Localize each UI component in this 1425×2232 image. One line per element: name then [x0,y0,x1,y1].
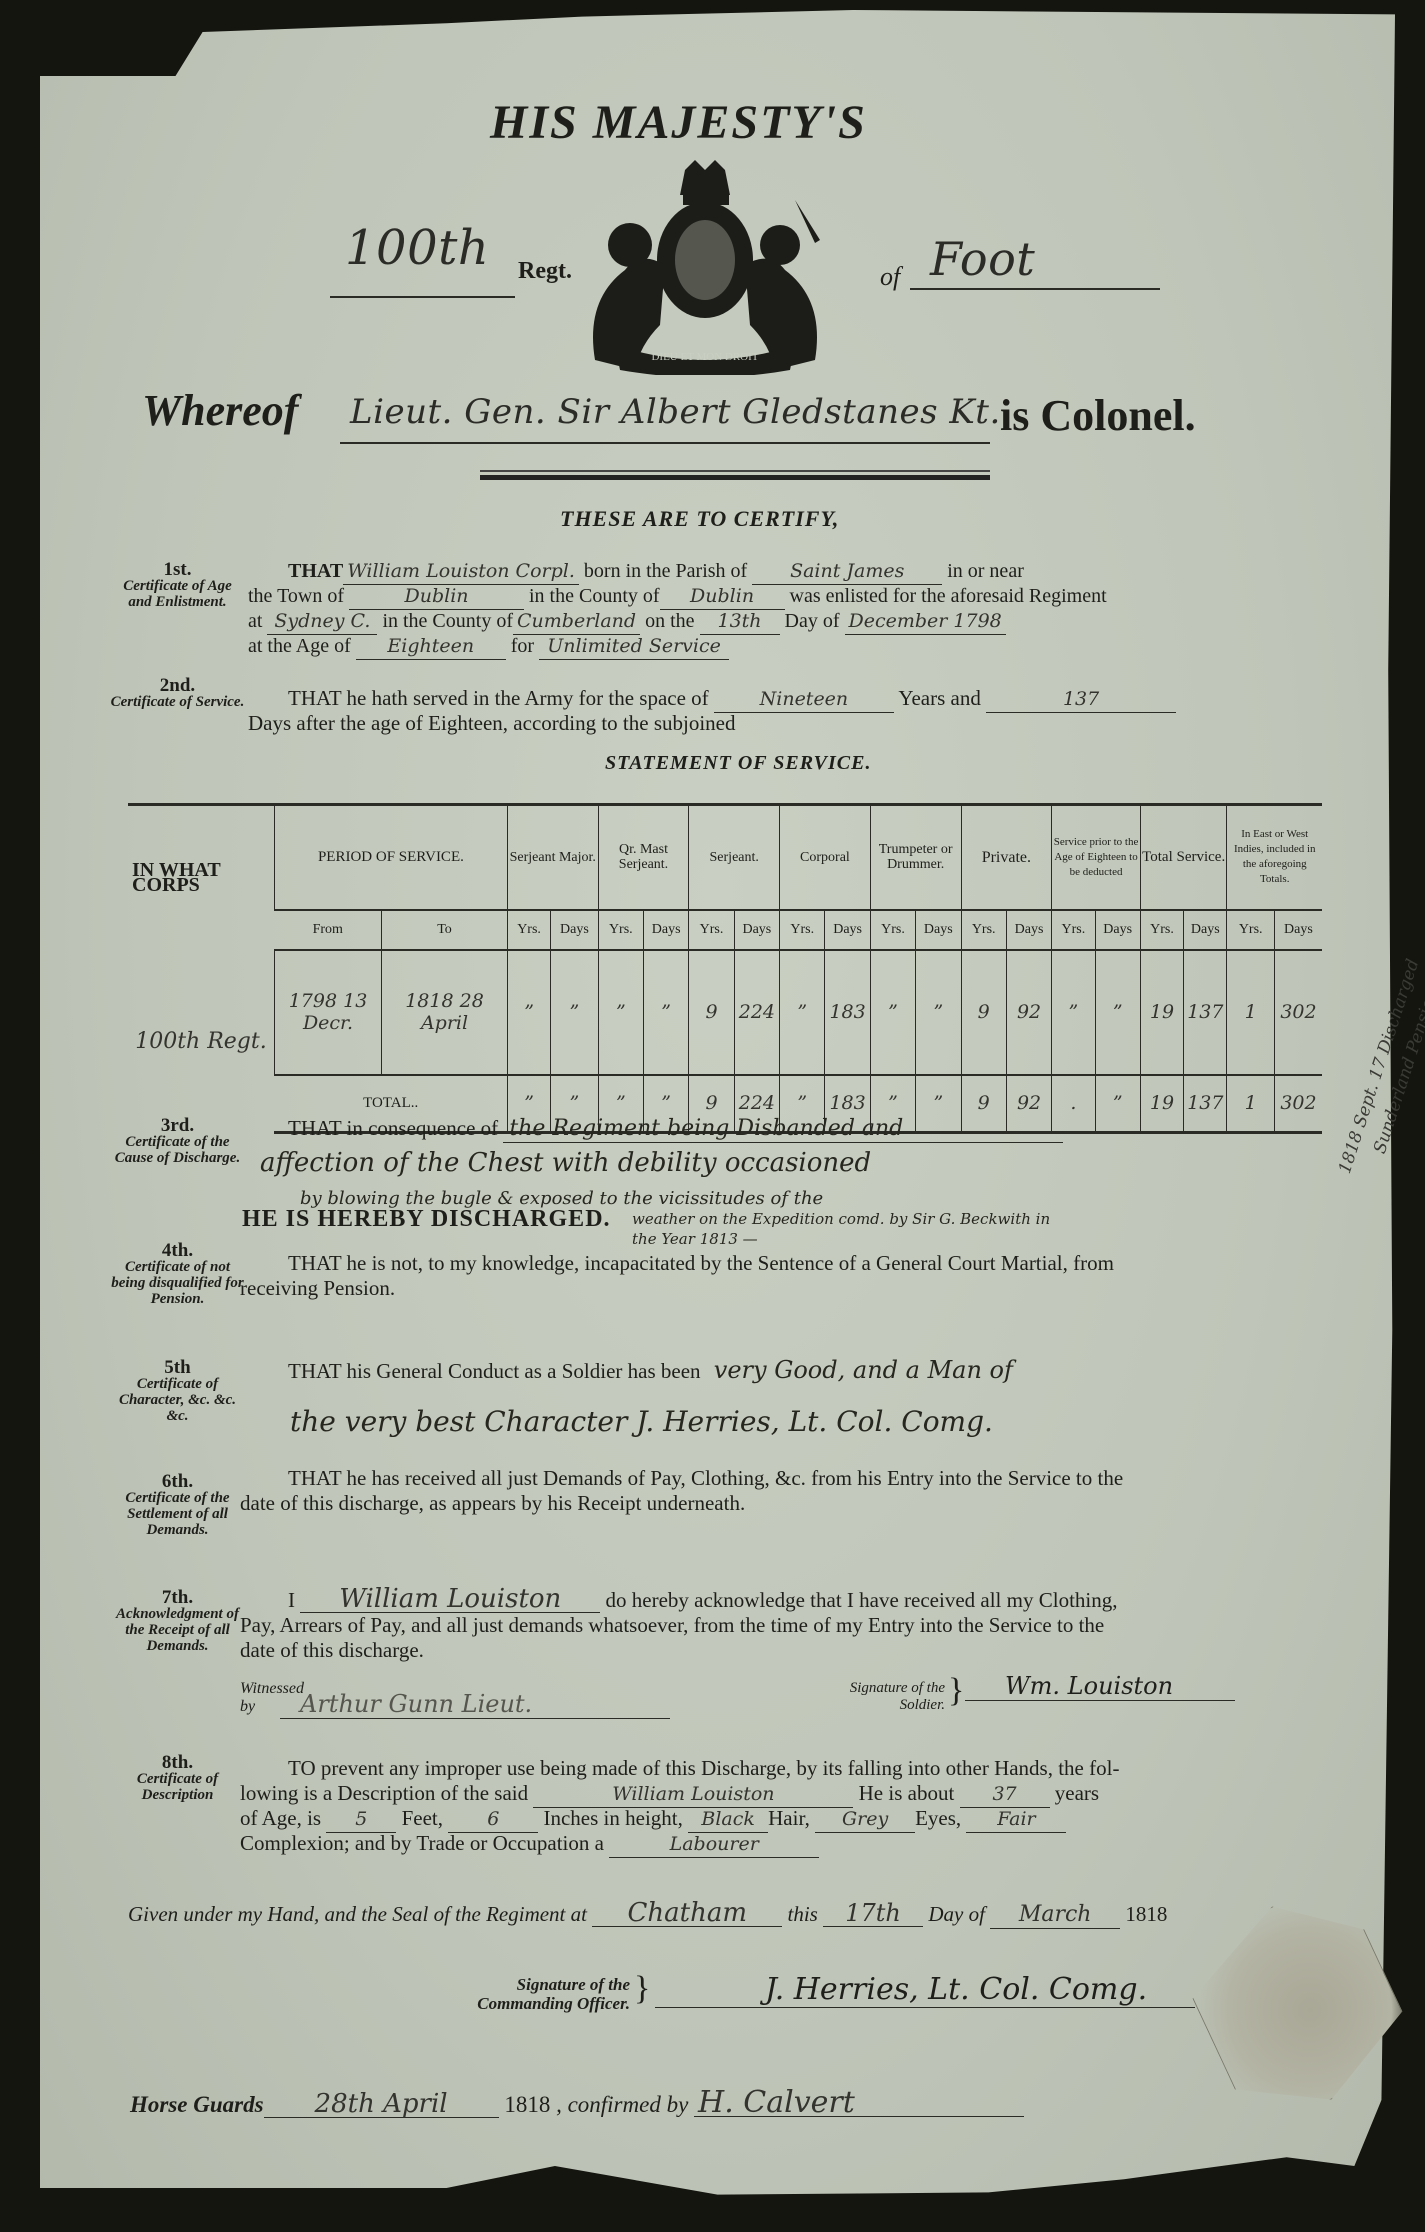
age-label: at the Age of [248,635,351,657]
section-number: 1st. [110,562,245,578]
days-header: Days [734,910,779,950]
brace-icon: } [948,1672,964,1710]
at-label: at [248,610,262,632]
days-header: Days [551,910,598,950]
service-days-field: 137 [986,686,1176,713]
table-cell: ” [643,950,688,1075]
first-certificate-label: 1st. Certificate of Age and Enlistment. [110,562,245,610]
witness-signature: Arthur Gunn Lieut. [280,1690,670,1719]
acknowledge-text: do hereby acknowledge that I have receiv… [606,1588,1118,1612]
indies-header: In East or West Indies, included in the … [1227,805,1322,910]
complexion-label: Complexion; and by Trade or Occupation a [240,1831,604,1855]
header-divider [480,470,990,480]
confirmation-year: 1818 [504,2092,550,2117]
enlist-county-label: in the County of [382,610,513,632]
cause-line-1: the Regiment being Disbanded and [503,1116,1063,1143]
yrs-header: Yrs. [870,910,915,950]
near-label: in or near [947,560,1024,582]
complexion-field: Fair [966,1806,1066,1833]
table-cell: 9 [689,950,734,1075]
second-certificate-line-1: THAT he hath served in the Army for the … [288,685,1176,713]
section-number: 3rd. [110,1118,245,1134]
table-row: 100th Regt. 1798 13 Decr. 1818 28 April … [128,950,1322,1075]
parish-field: Saint James [752,558,942,585]
conduct-line-1: very Good, and a Man of [714,1356,1013,1384]
table-cell: 224 [734,950,779,1075]
day-of-label: Day of [785,610,840,632]
eighth-certificate-line-4: Complexion; and by Trade or Occupation a… [240,1830,819,1858]
commanding-officer-signature-label: Signature of the Commanding Officer. [460,1975,630,2013]
sixth-certificate-line-1: THAT he has received all just Demands of… [288,1465,1123,1491]
inches-label: Inches in height, [543,1806,682,1830]
table-cell: ” [1095,1075,1140,1133]
section-number: 4th. [110,1243,245,1259]
years-and-label: Years and [898,686,980,710]
cause-line-5: the Year 1813 — [632,1230,758,1248]
days-header: Days [1095,910,1140,950]
crest-motto: DIEU ET MON DROIT [651,351,758,363]
statement-of-service-table: IN WHAT CORPS PERIOD OF SERVICE. Serjean… [128,803,1322,1134]
given-year: 1818 [1125,1902,1167,1926]
table-cell: 137 [1184,950,1227,1075]
eighth-certificate-line-2: lowing is a Description of the said Will… [240,1780,1099,1808]
confirmed-by-label: , confirmed by [556,2092,688,2117]
table-cell: ” [1095,950,1140,1075]
sixth-certificate-label: 6th. Certificate of the Settlement of al… [110,1474,245,1538]
days-header: Days [643,910,688,950]
table-cell: 19 [1140,1075,1183,1133]
table-cell: 19 [1140,950,1183,1075]
yrs-header: Yrs. [1227,910,1274,950]
conduct-line-2: the very best Character J. Herries, Lt. … [290,1405,993,1438]
hair-label: Hair, [768,1806,810,1830]
table-cell: ” [1052,950,1095,1075]
table-cell: 137 [1184,1075,1227,1133]
on-the-label: on the [645,610,694,632]
section-number: 8th. [110,1755,245,1771]
i-label: I [288,1588,295,1612]
table-cell: ” [551,950,598,1075]
section-description: Certificate of Service. [110,694,245,710]
table-cell: ” [598,950,643,1075]
horse-guards-line: Horse Guards28th April 1818 , confirmed … [130,2090,1024,2118]
second-certificate-label: 2nd. Certificate of Service. [110,678,245,710]
yrs-header: Yrs. [780,910,825,950]
days-header: Days [825,910,870,950]
confirmation-date-field: 28th April [264,2091,499,2118]
days-header: Days [1184,910,1227,950]
enlist-county-field: Cumberland [513,608,640,635]
table-cell: ” [870,950,915,1075]
soldier-signature: Wm. Louiston [965,1672,1235,1701]
confirmation-signature: H. Calvert [694,2090,1024,2117]
fourth-certificate-line-2: receiving Pension. [240,1275,395,1301]
cause-line-2: affection of the Chest with debility occ… [260,1148,871,1178]
seventh-certificate-line-3: date of this discharge. [240,1637,424,1663]
second-certificate-line-2: Days after the age of Eighteen, accordin… [248,710,736,736]
prior-service-header: Service prior to the Age of Eighteen to … [1052,805,1141,910]
section-number: 7th. [110,1590,245,1606]
service-years-field: Nineteen [714,686,894,713]
yrs-header: Yrs. [598,910,643,950]
days-header: Days [1006,910,1051,950]
given-under-line: Given under my Hand, and the Seal of the… [128,1900,1167,1929]
table-cell: 92 [1006,950,1051,1075]
is-colonel-label: is Colonel. [1000,390,1196,441]
that-label: THAT [288,560,343,582]
horse-guards-label: Horse Guards [130,2092,264,2117]
for-label: for [511,635,534,657]
certify-heading: THESE ARE TO CERTIFY, [560,506,839,532]
yrs-header: Yrs. [1052,910,1095,950]
section-description: Certificate of not being disqualified fo… [110,1259,245,1307]
table-cell: 1 [1227,950,1274,1075]
corps-cell: 100th Regt. [128,950,274,1133]
town-field: Dublin [349,583,524,610]
section-description: Certificate of Description [110,1771,245,1803]
yrs-header: Yrs. [507,910,550,950]
born-parish-label: born in the Parish of [584,560,747,582]
given-under-text: Given under my Hand, and the Seal of the… [128,1902,587,1926]
enlisted-label: was enlisted for the aforesaid Regiment [790,585,1107,607]
given-day-field: 17th [823,1900,923,1927]
serjeant-header: Serjeant. [689,805,780,910]
sixth-certificate-line-2: date of this discharge, as appears by hi… [240,1490,745,1516]
years-label: years [1055,1781,1099,1805]
county-field: Dublin [660,583,785,610]
given-month-field: March [990,1902,1120,1929]
regiment-type: Foot [930,232,1035,286]
eighth-certificate-line-3: of Age, is 5 Feet, 6 Inches in height, B… [240,1805,1066,1833]
soldier-signature-label: Signature of the Soldier. [835,1680,945,1714]
section-description: Certificate of the Settlement of all Dem… [110,1490,245,1538]
regiment-number: 100th [345,220,489,276]
to-header: To [382,910,508,950]
eyes-label: Eyes, [915,1806,961,1830]
cause-text: THAT in consequence of [288,1116,498,1140]
table-cell: 183 [825,950,870,1075]
seventh-certificate-label: 7th. Acknowledgment of the Receipt of al… [110,1590,245,1654]
conduct-text: THAT his General Conduct as a Soldier ha… [288,1359,701,1383]
service-term-field: Unlimited Service [539,633,729,660]
section-number: 5th [110,1360,245,1376]
yrs-header: Yrs. [961,910,1006,950]
about-label: He is about [859,1781,955,1805]
first-certificate-line-1: THATWilliam Louiston Corpl. born in the … [248,558,1024,585]
first-certificate-line-2: the Town of Dublin in the County ofDubli… [248,583,1107,610]
corporal-header: Corporal [780,805,871,910]
qr-mast-serjeant-header: Qr. Mast Serjeant. [598,805,689,910]
whereof-label: Whereof [142,385,298,436]
soldier-name-field: William Louiston Corpl. [343,558,579,585]
described-name-field: William Louiston [533,1781,853,1808]
eighth-certificate-line-1: TO prevent any improper use being made o… [288,1755,1119,1781]
section-number: 6th. [110,1474,245,1490]
section-description: Acknowledgment of the Receipt of all Dem… [110,1606,245,1654]
table-cell: 9 [961,950,1006,1075]
enlist-day-field: 13th [700,608,780,635]
age-field: 37 [960,1781,1050,1808]
table-cell: ” [507,950,550,1075]
statement-heading: STATEMENT OF SERVICE. [605,752,871,775]
document-title: HIS MAJESTY'S [490,95,867,150]
service-text: THAT he hath served in the Army for the … [288,686,709,710]
table-cell: 302 [1274,1075,1322,1133]
cause-line-4: weather on the Expedition comd. by Sir G… [632,1210,1050,1228]
enlist-month-year-field: December 1798 [845,608,1006,635]
from-header: From [274,910,381,950]
period-header: PERIOD OF SERVICE. [274,805,507,910]
given-place-field: Chatham [592,1900,782,1927]
seventh-certificate-line-2: Pay, Arrears of Pay, and all just demand… [240,1612,1104,1638]
eighth-certificate-label: 8th. Certificate of Description [110,1755,245,1803]
trumpeter-header: Trumpeter or Drummer. [870,805,961,910]
brace-icon: } [634,1970,650,2008]
commanding-officer-signature: J. Herries, Lt. Col. Comg. [655,1972,1195,2008]
third-certificate-label: 3rd. Certificate of the Cause of Dischar… [110,1118,245,1166]
table-cell: ” [780,950,825,1075]
fifth-certificate-label: 5th Certificate of Character, &c. &c. &c… [110,1360,245,1424]
acknowledging-soldier-name: William Louiston [300,1586,600,1613]
serjeant-major-header: Serjeant Major. [507,805,598,910]
section-description: Certificate of Character, &c. &c. &c. [110,1376,245,1424]
seventh-certificate-line-1: I William Louiston do hereby acknowledge… [288,1586,1118,1613]
section-number: 2nd. [110,678,245,694]
day-of-label: Day of [928,1902,985,1926]
to-cell: 1818 28 April [382,950,508,1075]
first-certificate-line-4: at the Age of Eighteen for Unlimited Ser… [248,633,729,660]
first-certificate-line-3: at Sydney C. in the County ofCumberland … [248,608,1006,635]
occupation-field: Labourer [609,1831,819,1858]
margin-annotation: 1818 Sept. 17 Discharged Sunderland Pens… [1325,850,1415,1230]
yrs-header: Yrs. [1140,910,1183,950]
fifth-certificate-line-1: THAT his General Conduct as a Soldier ha… [288,1357,1013,1384]
corps-header: IN WHAT CORPS [128,805,274,950]
table-cell: 1 [1227,1075,1274,1133]
eyes-field: Grey [815,1806,915,1833]
feet-field: 5 [326,1806,396,1833]
fourth-certificate-label: 4th. Certificate of not being disqualifi… [110,1243,245,1307]
of-age-label: of Age, is [240,1806,321,1830]
fourth-certificate-line-1: THAT he is not, to my knowledge, incapac… [288,1250,1114,1276]
section-description: Certificate of Age and Enlistment. [110,578,245,610]
county-label: in the County of [529,585,660,607]
total-service-header: Total Service. [1140,805,1227,910]
colonel-name: Lieut. Gen. Sir Albert Gledstanes Kt. [350,392,1001,432]
town-label: the Town of [248,585,344,607]
private-header: Private. [961,805,1052,910]
section-description: Certificate of the Cause of Discharge. [110,1134,245,1166]
third-certificate-line-1: THAT in consequence of the Regiment bein… [288,1115,1063,1143]
days-header: Days [916,910,961,950]
hereby-discharged: HE IS HEREBY DISCHARGED. [242,1206,611,1233]
table-cell: 302 [1274,950,1322,1075]
enlist-age-field: Eighteen [356,633,506,660]
inches-field: 6 [448,1806,538,1833]
table-cell: ” [916,950,961,1075]
description-text: lowing is a Description of the said [240,1781,528,1805]
this-label: this [787,1902,817,1926]
royal-coat-of-arms-icon: DIEU ET MON DROIT [555,160,855,375]
from-cell: 1798 13 Decr. [274,950,381,1075]
hair-field: Black [688,1806,768,1833]
feet-label: Feet, [402,1806,443,1830]
days-header: Days [1274,910,1322,950]
of-label: of [880,262,900,292]
enlist-place-field: Sydney C. [267,608,377,635]
yrs-header: Yrs. [689,910,734,950]
